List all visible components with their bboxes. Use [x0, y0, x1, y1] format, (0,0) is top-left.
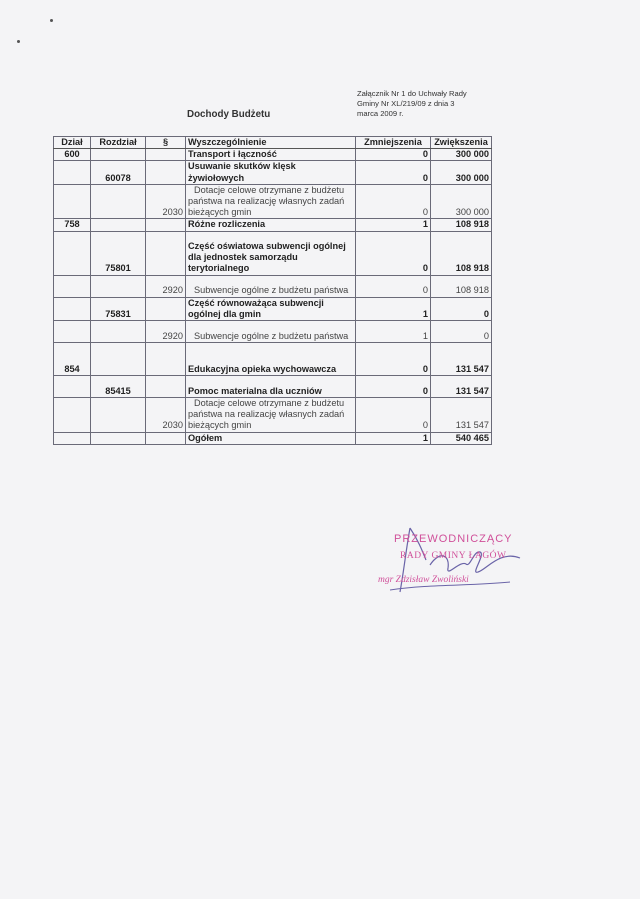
table-row: 2920Subwencje ogólne z budżetu państwa10 — [54, 321, 492, 343]
col-header-paragraf: § — [146, 137, 186, 149]
cell-dzial — [54, 184, 91, 219]
cell-dzial: 600 — [54, 149, 91, 161]
cell-rozdzial — [91, 398, 146, 433]
cell-zmniejszenia: 0 — [356, 398, 431, 433]
cell-rozdzial — [91, 432, 146, 444]
cell-opis: Dotacje celowe otrzymane z budżetu państ… — [186, 184, 356, 219]
cell-rozdzial — [91, 219, 146, 231]
cell-opis: Ogółem — [186, 432, 356, 444]
table-row: Ogółem1540 465 — [54, 432, 492, 444]
cell-rozdzial: 85415 — [91, 376, 146, 398]
table-row: 75831Część równoważąca subwencji ogólnej… — [54, 297, 492, 320]
col-header-zwiekszenia: Zwiększenia — [431, 137, 492, 149]
cell-rozdzial — [91, 184, 146, 219]
table-row: 2030Dotacje celowe otrzymane z budżetu p… — [54, 398, 492, 433]
cell-zmniejszenia: 0 — [356, 149, 431, 161]
cell-zmniejszenia: 1 — [356, 432, 431, 444]
cell-dzial — [54, 231, 91, 275]
stamp-name: mgr Zdzisław Zwoliński — [378, 575, 469, 585]
cell-zmniejszenia: 1 — [356, 321, 431, 343]
cell-zwiekszenia: 108 918 — [431, 231, 492, 275]
cell-zmniejszenia: 0 — [356, 275, 431, 297]
cell-dzial — [54, 376, 91, 398]
cell-paragraf — [146, 161, 186, 184]
cell-zwiekszenia: 300 000 — [431, 184, 492, 219]
cell-zwiekszenia: 0 — [431, 321, 492, 343]
cell-zmniejszenia: 1 — [356, 219, 431, 231]
annex-line: Załącznik Nr 1 do Uchwały Rady — [357, 89, 527, 99]
cell-zwiekszenia: 300 000 — [431, 161, 492, 184]
cell-zwiekszenia: 108 918 — [431, 219, 492, 231]
cell-dzial — [54, 398, 91, 433]
cell-paragraf: 2030 — [146, 184, 186, 219]
col-header-opis: Wyszczególnienie — [186, 137, 356, 149]
cell-dzial — [54, 432, 91, 444]
cell-paragraf — [146, 376, 186, 398]
cell-paragraf — [146, 297, 186, 320]
cell-opis: Pomoc materialna dla uczniów — [186, 376, 356, 398]
cell-opis: Subwencje ogólne z budżetu państwa — [186, 275, 356, 297]
cell-opis: Usuwanie skutków klęsk żywiołowych — [186, 161, 356, 184]
budget-table: Dział Rozdział § Wyszczególnienie Zmniej… — [53, 136, 492, 445]
annex-line: marca 2009 r. — [357, 109, 527, 119]
scan-speck — [17, 40, 20, 43]
cell-dzial — [54, 297, 91, 320]
cell-opis: Transport i łączność — [186, 149, 356, 161]
table-row: 2920Subwencje ogólne z budżetu państwa01… — [54, 275, 492, 297]
cell-zwiekszenia: 540 465 — [431, 432, 492, 444]
cell-paragraf — [146, 343, 186, 376]
cell-paragraf: 2920 — [146, 321, 186, 343]
cell-opis: Edukacyjna opieka wychowawcza — [186, 343, 356, 376]
cell-paragraf: 2920 — [146, 275, 186, 297]
cell-zwiekszenia: 300 000 — [431, 149, 492, 161]
cell-rozdzial — [91, 343, 146, 376]
cell-paragraf — [146, 219, 186, 231]
stamp-council: RADY GMINY ŁAGÓW — [400, 551, 507, 561]
cell-rozdzial — [91, 321, 146, 343]
cell-paragraf — [146, 231, 186, 275]
cell-zmniejszenia: 0 — [356, 161, 431, 184]
cell-zwiekszenia: 131 547 — [431, 376, 492, 398]
col-header-dzial: Dział — [54, 137, 91, 149]
col-header-zmniejszenia: Zmniejszenia — [356, 137, 431, 149]
cell-dzial — [54, 161, 91, 184]
cell-rozdzial: 75831 — [91, 297, 146, 320]
cell-zmniejszenia: 0 — [356, 343, 431, 376]
cell-rozdzial: 75801 — [91, 231, 146, 275]
cell-opis: Część równoważąca subwencji ogólnej dla … — [186, 297, 356, 320]
cell-opis: Część oświatowa subwencji ogólnej dla je… — [186, 231, 356, 275]
cell-rozdzial: 60078 — [91, 161, 146, 184]
cell-zmniejszenia: 0 — [356, 231, 431, 275]
table-row: 2030Dotacje celowe otrzymane z budżetu p… — [54, 184, 492, 219]
cell-opis: Subwencje ogólne z budżetu państwa — [186, 321, 356, 343]
table-row: 854Edukacyjna opieka wychowawcza0131 547 — [54, 343, 492, 376]
cell-zwiekszenia: 131 547 — [431, 398, 492, 433]
cell-rozdzial — [91, 275, 146, 297]
cell-zwiekszenia: 131 547 — [431, 343, 492, 376]
annex-line: Gminy Nr XL/219/09 z dnia 3 — [357, 99, 527, 109]
table-row: 60078Usuwanie skutków klęsk żywiołowych0… — [54, 161, 492, 184]
cell-dzial: 854 — [54, 343, 91, 376]
cell-zwiekszenia: 0 — [431, 297, 492, 320]
scan-speck — [50, 19, 53, 22]
cell-opis: Dotacje celowe otrzymane z budżetu państ… — [186, 398, 356, 433]
cell-zmniejszenia: 0 — [356, 184, 431, 219]
col-header-rozdzial: Rozdział — [91, 137, 146, 149]
cell-paragraf — [146, 432, 186, 444]
annex-reference: Załącznik Nr 1 do Uchwały Rady Gminy Nr … — [357, 89, 527, 119]
cell-dzial — [54, 321, 91, 343]
cell-dzial — [54, 275, 91, 297]
chairman-stamp: PRZEWODNICZĄCY RADY GMINY ŁAGÓW mgr Zdzi… — [370, 520, 540, 595]
cell-paragraf — [146, 149, 186, 161]
cell-zmniejszenia: 1 — [356, 297, 431, 320]
table-row: 758Różne rozliczenia1108 918 — [54, 219, 492, 231]
table-row: 85415Pomoc materialna dla uczniów0131 54… — [54, 376, 492, 398]
cell-paragraf: 2030 — [146, 398, 186, 433]
table-row: 600Transport i łączność0300 000 — [54, 149, 492, 161]
cell-zwiekszenia: 108 918 — [431, 275, 492, 297]
cell-rozdzial — [91, 149, 146, 161]
cell-dzial: 758 — [54, 219, 91, 231]
document-title: Dochody Budżetu — [187, 109, 270, 120]
cell-zmniejszenia: 0 — [356, 376, 431, 398]
cell-opis: Różne rozliczenia — [186, 219, 356, 231]
table-header-row: Dział Rozdział § Wyszczególnienie Zmniej… — [54, 137, 492, 149]
stamp-title: PRZEWODNICZĄCY — [394, 533, 513, 545]
table-row: 75801Część oświatowa subwencji ogólnej d… — [54, 231, 492, 275]
